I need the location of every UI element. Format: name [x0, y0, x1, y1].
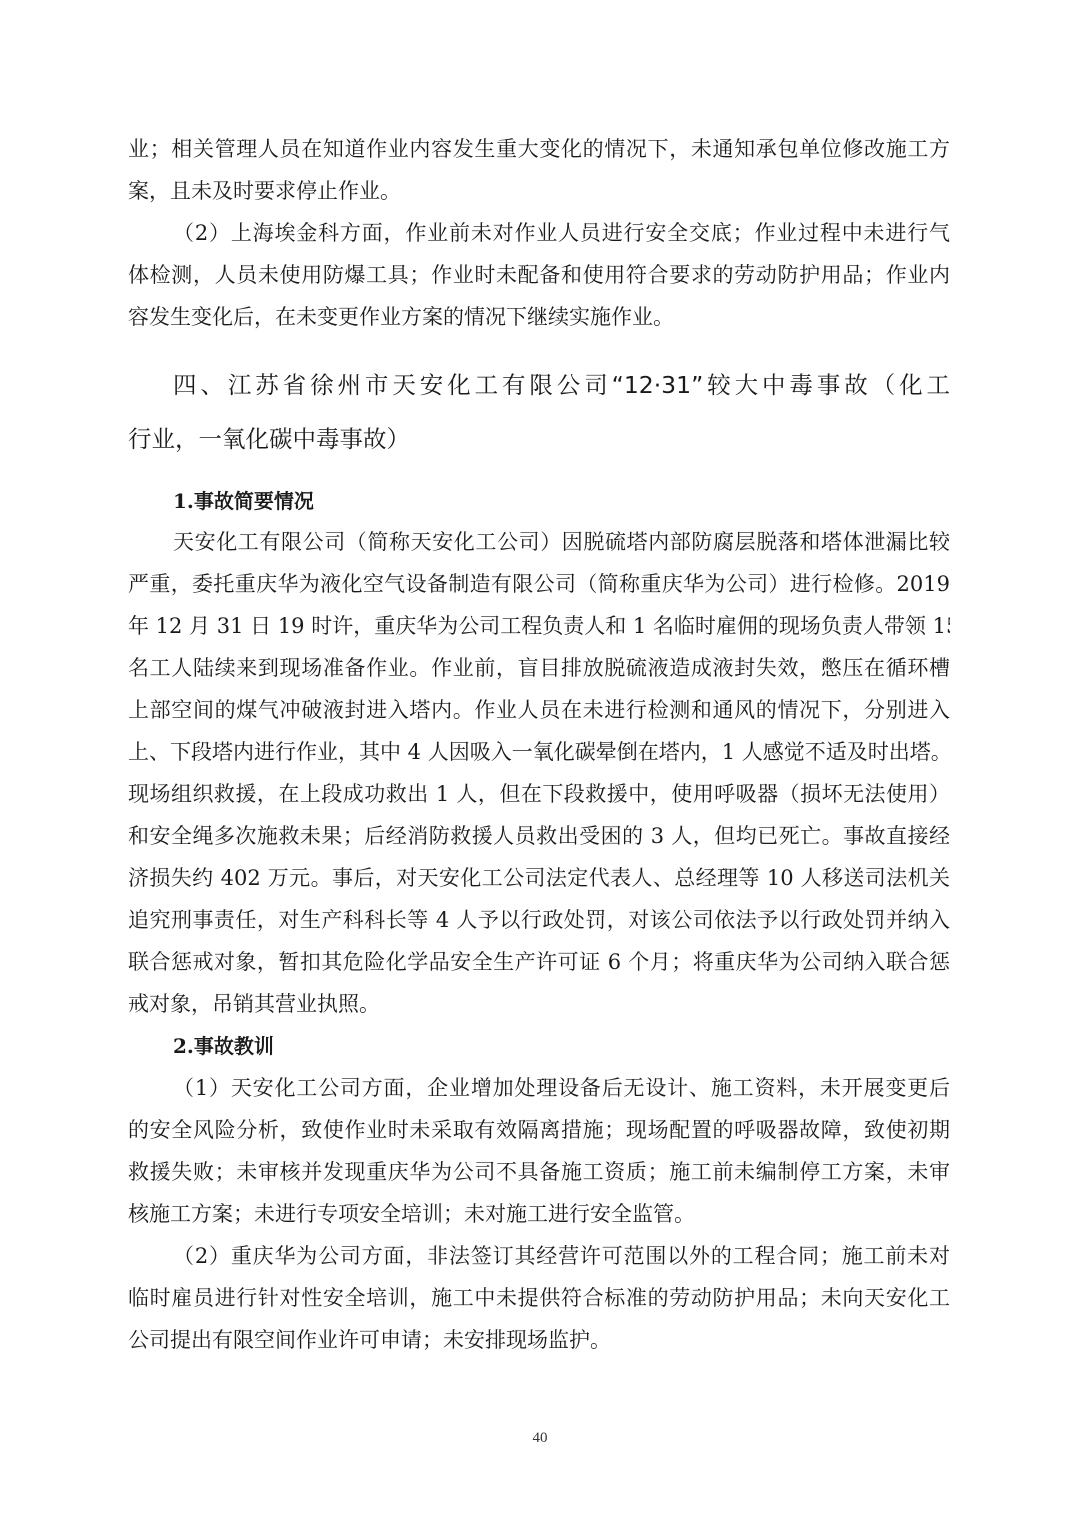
text-line: （1）天安化工公司方面，企业增加处理设备后无设计、施工资料，未开展变更后	[128, 1067, 950, 1109]
text-line: 联合惩戒对象，暂扣其危险化学品安全生产许可证 6 个月；将重庆华为公司纳入联合惩	[128, 941, 950, 983]
text-line: 济损失约 402 万元。事后，对天安化工公司法定代表人、总经理等 10 人移送司…	[128, 857, 950, 899]
text-line: 和安全绳多次施救未果；后经消防救援人员救出受困的 3 人，但均已死亡。事故直接经	[128, 815, 950, 857]
section-heading: 四、江苏省徐州市天安化工有限公司“12·31”较大中毒事故（化工	[128, 360, 950, 410]
text-line: 戒对象，吊销其营业执照。	[128, 983, 950, 1025]
subheading: 2.事故教训	[128, 1025, 950, 1067]
text-line: 业；相关管理人员在知道作业内容发生重大变化的情况下，未通知承包单位修改施工方	[128, 128, 950, 170]
text-line: 公司提出有限空间作业许可申请；未安排现场监护。	[128, 1319, 950, 1361]
text-line: 案，且未及时要求停止作业。	[128, 170, 950, 212]
text-line: （2）上海埃金科方面，作业前未对作业人员进行安全交底；作业过程中未进行气	[128, 212, 950, 254]
text-line: 追究刑事责任，对生产科科长等 4 人予以行政处罚，对该公司依法予以行政处罚并纳入	[128, 899, 950, 941]
text-line: 体检测，人员未使用防爆工具；作业时未配备和使用符合要求的劳动防护用品；作业内	[128, 254, 950, 296]
text-line: 现场组织救援，在上段成功救出 1 人，但在下段救援中，使用呼吸器（损坏无法使用）	[128, 773, 950, 815]
text-line: 年 12 月 31 日 19 时许，重庆华为公司工程负责人和 1 名临时雇佣的现…	[128, 605, 950, 647]
text-line: （2）重庆华为公司方面，非法签订其经营许可范围以外的工程合同；施工前未对	[128, 1235, 950, 1277]
text-line: 的安全风险分析，致使作业时未采取有效隔离措施；现场配置的呼吸器故障，致使初期	[128, 1109, 950, 1151]
text-line: 容发生变化后，在未变更作业方案的情况下继续实施作业。	[128, 296, 950, 338]
text-line: 上、下段塔内进行作业，其中 4 人因吸入一氧化碳晕倒在塔内，1 人感觉不适及时出…	[128, 731, 950, 773]
text-line: 临时雇员进行针对性安全培训，施工中未提供符合标准的劳动防护用品；未向天安化工	[128, 1277, 950, 1319]
subheading: 1.事故简要情况	[128, 480, 950, 522]
section-heading: 行业，一氧化碳中毒事故）	[128, 414, 950, 464]
text-line: 核施工方案；未进行专项安全培训；未对施工进行安全监管。	[128, 1193, 950, 1235]
text-line: 救援失败；未审核并发现重庆华为公司不具备施工资质；施工前未编制停工方案，未审	[128, 1151, 950, 1193]
text-line: 上部空间的煤气冲破液封进入塔内。作业人员在未进行检测和通风的情况下，分别进入	[128, 689, 950, 731]
text-line: 严重，委托重庆华为液化空气设备制造有限公司（简称重庆华为公司）进行检修。2019	[128, 563, 950, 605]
page-number: 40	[0, 1430, 1080, 1447]
text-line: 名工人陆续来到现场准备作业。作业前，盲目排放脱硫液造成液封失效，憋压在循环槽	[128, 647, 950, 689]
text-line: 天安化工有限公司（简称天安化工公司）因脱硫塔内部防腐层脱落和塔体泄漏比较	[128, 521, 950, 563]
